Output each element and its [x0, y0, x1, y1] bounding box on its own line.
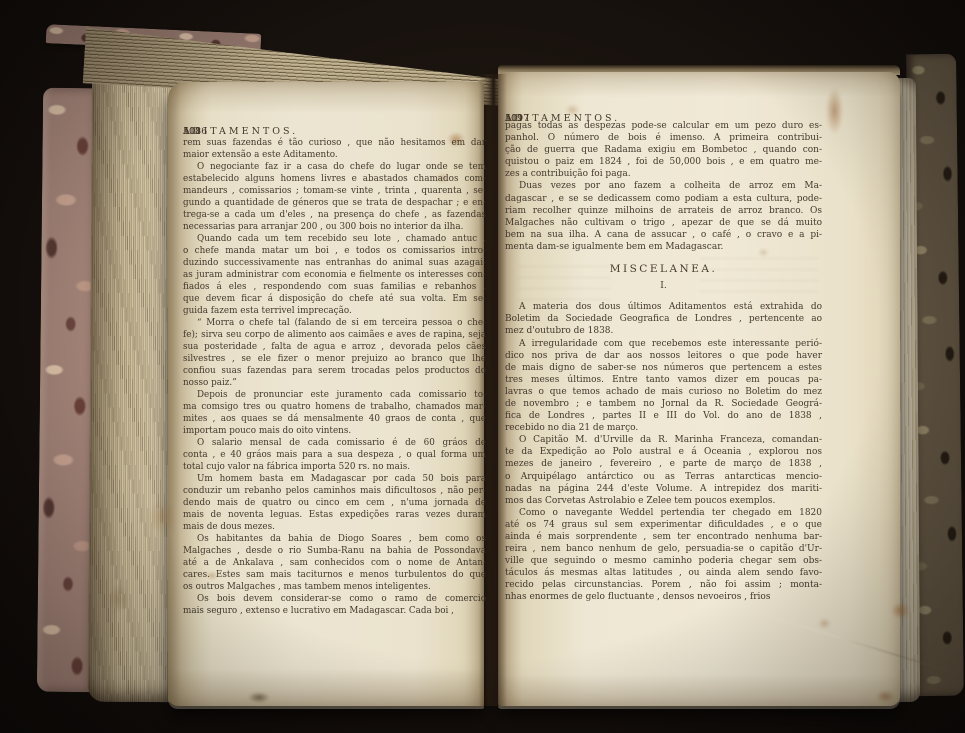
left-folio-number: 1116	[183, 126, 207, 137]
text-line: o chefe manda matar um boi , e todos os …	[183, 245, 486, 257]
text-line: mezes de janeiro , fevereiro , e parte d…	[505, 458, 822, 470]
text-line: mos das Corvetas Astrolabio e Zelee tem …	[505, 495, 822, 507]
text-line: pagas todas as despezas pode-se calcular…	[505, 120, 822, 132]
text-line: Os bois devem considerar-se como o ramo …	[183, 593, 486, 605]
text-line: O salario mensal de cada comissario é de…	[183, 437, 486, 449]
text-line: dendo mais de quatro ou cinco em cem , n…	[183, 497, 486, 509]
text-line: mais de noventa leguas. Estas expedições…	[183, 509, 486, 521]
text-line: confiou suas fazendas para serem trocada…	[183, 365, 486, 377]
foxing-stain	[248, 692, 270, 703]
text-line: Malgaches não cultivam o trigo , apezar …	[505, 217, 822, 229]
text-line: bem na sua ilha. A cana de assucar , o c…	[505, 229, 822, 241]
text-line: A irregularidade com que recebemos este …	[505, 338, 822, 350]
text-line: até os 74 graus sul sem experimentar dif…	[505, 519, 822, 531]
text-line: riam recolher quinze milhoins de arratei…	[505, 205, 822, 217]
text-line: Boletim da Sociedade Geografica de Londr…	[505, 313, 822, 325]
text-line: importam pouco mais do oito vintens.	[183, 425, 486, 437]
text-line: panhol. O número de bois é imenso. A pri…	[505, 132, 822, 144]
text-line: trega-se a cada um d'eles , na presença …	[183, 209, 486, 221]
foxing-stain	[148, 500, 176, 534]
text-line: até a de Ankalava , sam conhecidos com o…	[183, 557, 486, 569]
text-line: Os habitantes da bahia de Diogo Soares ,…	[183, 533, 486, 545]
text-line: A materia dos dous últimos Aditamentos e…	[505, 301, 822, 313]
text-line: gundo a quantidade de géneros que se tra…	[183, 197, 486, 209]
text-line: nosso paiz.”	[183, 377, 486, 389]
text-line: ville que seguindo o mesmo caminho poder…	[505, 555, 822, 567]
text-line: que devem ficar á disposição do chefe at…	[183, 293, 486, 305]
text-line: fe); sirva seu corpo de alimento aos cai…	[183, 329, 486, 341]
text-line: Malgaches , desde o rio Sumba-Ranu na ba…	[183, 545, 486, 557]
text-line: mais de dous mezes.	[183, 521, 486, 533]
foxing-stain	[108, 584, 128, 614]
text-line: menta dam-se igualmente bem em Madagasca…	[505, 241, 822, 253]
text-line: lavras o que temos achado de mais curios…	[505, 386, 822, 398]
text-line: recido pelas circunstancias. Porem , não…	[505, 579, 822, 591]
text-line: conduzir um rebanho pelos caminhos mais …	[183, 485, 486, 497]
open-book-photograph: 508 ADITAMENTOS. 1116 rem suas fazendas …	[0, 0, 965, 733]
text-line: MISCELANEA.	[505, 263, 822, 275]
text-line: necessarias para arranjar 200 , ou 300 b…	[183, 221, 486, 233]
text-line: dagascar , e se se dedicassem como podia…	[505, 193, 822, 205]
text-line: recebido no dia 21 de março.	[505, 422, 822, 434]
text-line: Quando cada um tem recebido seu lote , c…	[183, 233, 486, 245]
text-line: duzindo successivamente nas entranhas do…	[183, 257, 486, 269]
text-line: sua posteridade , falta de agua e arroz …	[183, 341, 486, 353]
text-line: guida fazem esta terrivel imprecação.	[183, 305, 486, 317]
text-line: conta , e 40 gráos mais para a sua despe…	[183, 449, 486, 461]
text-line: tres meses últimos. Entre tanto vamos di…	[505, 374, 822, 386]
text-line: ção de guerra que Radama exigiu em Bombe…	[505, 144, 822, 156]
text-line: Depois de pronunciar este juramento cada…	[183, 389, 486, 401]
left-page-text: 508 ADITAMENTOS. 1116 rem suas fazendas …	[183, 126, 486, 617]
text-line: nhas enormes de gelo fluctuante , densos…	[505, 591, 822, 603]
text-line: maior extensão a este Aditamento.	[183, 149, 486, 161]
right-page-body: pagas todas as despezas pode-se calcular…	[505, 120, 822, 604]
foxing-stain	[826, 88, 843, 134]
text-line: Um homem basta em Madagascar por cada 50…	[183, 473, 486, 485]
text-line: ainda é mais sorprendente , sem ter enco…	[505, 531, 822, 543]
text-line: O Capitão M. d'Urville da R. Marinha Fra…	[505, 434, 822, 446]
text-line: silvestres , se ele fizer o menor prejui…	[183, 353, 486, 365]
text-line: fiados á eles , respondendo com suas fam…	[183, 281, 486, 293]
text-line: cares. Estes sam mais taciturnos e menos…	[183, 569, 486, 581]
text-line: mais seguro , extenso e lucrativo em Mad…	[183, 605, 486, 617]
text-line: de mais digno de saber-se nos números qu…	[505, 362, 822, 374]
text-line: dico nos priva de dar aos nossos leitore…	[505, 350, 822, 362]
text-line: Duas vezes por ano fazem a colheita de a…	[505, 180, 822, 192]
foxing-stain	[818, 618, 831, 629]
left-page-body: rem suas fazendas é tão curioso , que nã…	[183, 137, 486, 617]
text-line: zes a contribuição foi paga.	[505, 168, 822, 180]
text-line: mez d'outubro de 1838.	[505, 325, 822, 337]
text-line: de novembro ; e tambem no Jornal da R. S…	[505, 398, 822, 410]
text-line: I.	[505, 280, 822, 292]
text-line: O negociante faz ir a casa do chefe do l…	[183, 161, 486, 173]
foxing-stain	[891, 602, 910, 619]
right-page-text: 1117 ADITAMENTOS. 509 pagas todas as des…	[505, 113, 822, 604]
text-line: “ Morra o chefe tal (falando de si em te…	[183, 317, 486, 329]
text-line: te da Expedição ao Polo austral e á Ocea…	[505, 446, 822, 458]
text-line: as juram administrar com economia e fiel…	[183, 269, 486, 281]
text-line: mandeurs , comissarios ; tomam-se vinte …	[183, 185, 486, 197]
text-line: táculos ás mesmas altas latitudes , ou a…	[505, 567, 822, 579]
text-line: estabelecido alguns homens livres e abas…	[183, 173, 486, 185]
text-line: nadas na página 244 d'este Volume. A int…	[505, 483, 822, 495]
text-line: quistou o paiz em 1824 , foi de 50,000 b…	[505, 156, 822, 168]
text-line: Como o navegante Weddel pertendia ter ch…	[505, 507, 822, 519]
text-line: o Arquipélago antárctico ou as Terras an…	[505, 471, 822, 483]
text-line: os outros Malgaches , mas tambem menos i…	[183, 581, 486, 593]
text-line: rem suas fazendas é tão curioso , que nã…	[183, 137, 486, 149]
text-line: fica de Londres , partes II e III do Vol…	[505, 410, 822, 422]
text-line: mites , aos quaes se dá mensalmente 40 g…	[183, 413, 486, 425]
foxing-stain	[876, 690, 895, 703]
text-line: total cujo valor na fábrica importa 520 …	[183, 461, 486, 473]
text-line: reira , nem banco nenhum de gelo, persua…	[505, 543, 822, 555]
text-line: ma comsigo tres ou quatro homens de trab…	[183, 401, 486, 413]
